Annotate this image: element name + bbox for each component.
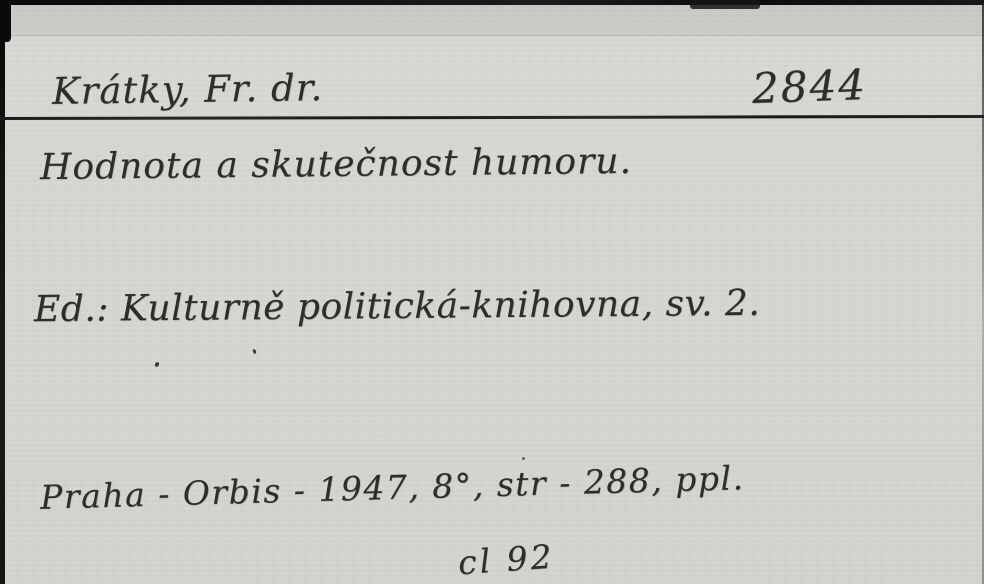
scan-left-edge	[0, 0, 5, 584]
ruled-line	[0, 115, 984, 120]
scan-top-edge	[0, 0, 984, 5]
catalog-number: 2844	[751, 60, 868, 113]
bottom-note: cl 92	[457, 537, 556, 583]
imprint-line: Praha - Orbis - 1947, 8°, str - 288, ppl…	[40, 458, 745, 517]
card-top-shadow-band	[5, 5, 984, 36]
title-line: Hodnota a skutečnost humoru.	[40, 141, 632, 188]
catalog-card: Krátky, Fr. dr. 2844 Hodnota a skutečnos…	[0, 0, 984, 584]
series-line: Ed.: Kulturně politická-knihovna, sv. 2.	[34, 283, 761, 330]
scan-top-edge-notch	[690, 0, 760, 9]
ink-speck	[522, 457, 525, 460]
ink-speck	[154, 361, 160, 367]
author-heading: Krátky, Fr. dr.	[52, 66, 324, 113]
ink-speck	[252, 349, 257, 355]
scan-top-left-corner	[0, 0, 11, 42]
